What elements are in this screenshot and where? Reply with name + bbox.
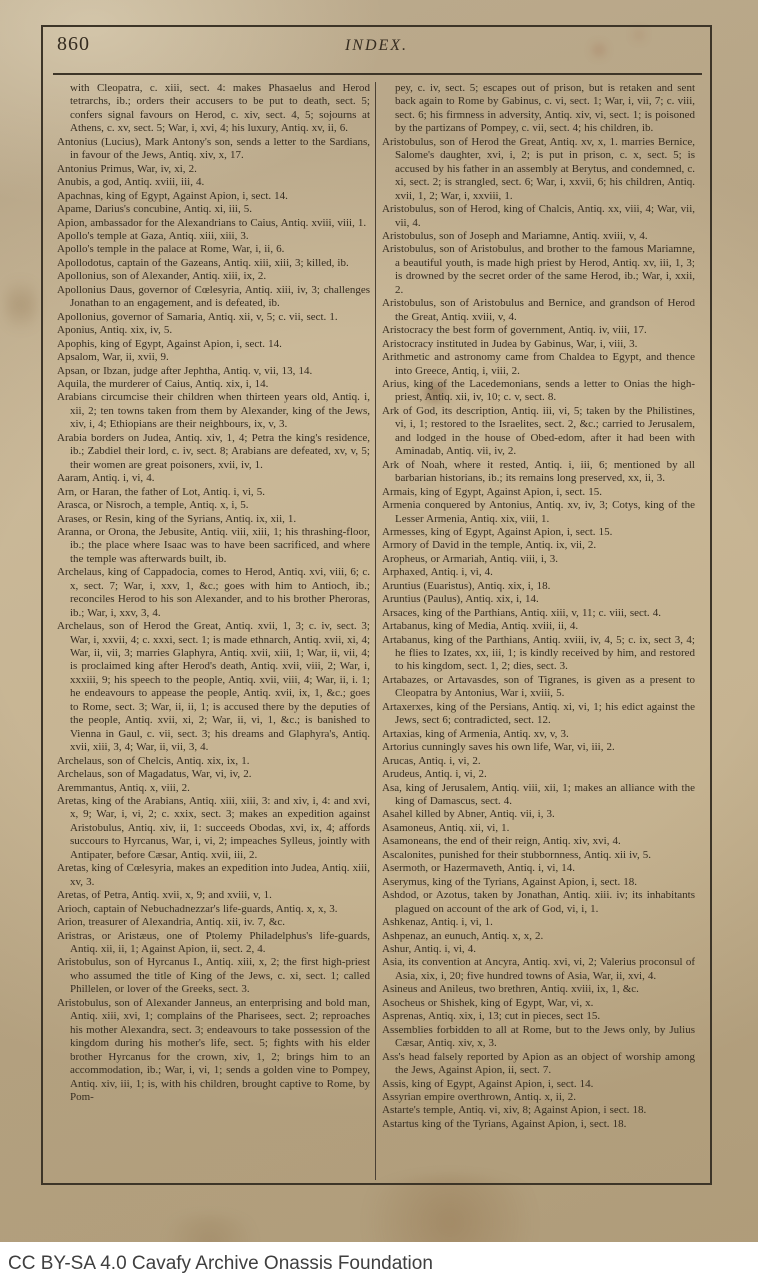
- index-entry: Asocheus or Shishek, king of Egypt, War,…: [382, 997, 695, 1010]
- index-entry: Arphaxed, Antiq. i, vi, 4.: [382, 566, 695, 579]
- index-entry: Archelaus, son of Chelcis, Antiq. xix, i…: [57, 755, 370, 768]
- index-entry: Arion, treasurer of Alexandria, Antiq. x…: [57, 916, 370, 929]
- index-entry: Aropheus, or Armariah, Antiq. viii, i, 3…: [382, 553, 695, 566]
- index-entry: Artaxerxes, king of the Persians, Antiq.…: [382, 701, 695, 728]
- index-entry: Aretas, of Petra, Antiq. xvii, x, 9; and…: [57, 889, 370, 902]
- index-entry: Aruntius (Euaristus), Antiq. xix, i, 18.: [382, 580, 695, 593]
- index-entry: Ark of Noah, where it rested, Antiq. i, …: [382, 459, 695, 486]
- index-entry: Artaxias, king of Armenia, Antiq. xv, v,…: [382, 728, 695, 741]
- index-entry: Aristobulus, son of Aristobulus and Bern…: [382, 297, 695, 324]
- index-column-left: with Cleopatra, c. xiii, sect. 4: makes …: [57, 82, 370, 1180]
- index-column-right: pey, c. iv, sect. 5; escapes out of pris…: [382, 82, 695, 1180]
- index-entry: Astartus king of the Tyrians, Against Ap…: [382, 1118, 695, 1131]
- index-entry: Asamoneans, the end of their reign, Anti…: [382, 835, 695, 848]
- index-entry: Aruntius (Paulus), Antiq. xix, i, 14.: [382, 593, 695, 606]
- index-entry: Ashdod, or Azotus, taken by Jonathan, An…: [382, 889, 695, 916]
- index-entry: Aremmantus, Antiq. x, viii, 2.: [57, 782, 370, 795]
- index-entry: Arsaces, king of the Parthians, Antiq. x…: [382, 607, 695, 620]
- index-entry: Artabanus, king of Media, Antiq. xviii, …: [382, 620, 695, 633]
- index-entry: Ashpenaz, an eunuch, Antiq. x, x, 2.: [382, 930, 695, 943]
- index-entry: Ashkenaz, Antiq. i, vi, 1.: [382, 916, 695, 929]
- index-entry: Aristobulus, son of Herod the Great, Ant…: [382, 136, 695, 203]
- index-entry: Aponius, Antiq. xix, iv, 5.: [57, 324, 370, 337]
- index-entry: Arases, or Resin, king of the Syrians, A…: [57, 513, 370, 526]
- index-entry: Arudeus, Antiq. i, vi, 2.: [382, 768, 695, 781]
- index-entry: Apollo's temple at Gaza, Antiq. xiii, xi…: [57, 230, 370, 243]
- index-entry: Armesses, king of Egypt, Against Apion, …: [382, 526, 695, 539]
- index-entry: Apollodotus, captain of the Gazeans, Ant…: [57, 257, 370, 270]
- index-entry: Arucas, Antiq. i, vi, 2.: [382, 755, 695, 768]
- index-entry: Arithmetic and astronomy came from Chald…: [382, 351, 695, 378]
- index-entry: Armais, king of Egypt, Against Apion, i,…: [382, 486, 695, 499]
- index-entry: Antonius (Lucius), Mark Antony's son, se…: [57, 136, 370, 163]
- paper-stain: [4, 270, 38, 340]
- index-entry: Apollonius, governor of Samaria, Antiq. …: [57, 311, 370, 324]
- index-entry: Archelaus, son of Magadatus, War, vi, iv…: [57, 768, 370, 781]
- index-entry: Armenia conquered by Antonius, Antiq. xv…: [382, 499, 695, 526]
- index-entry: Asprenas, Antiq. xix, i, 13; cut in piec…: [382, 1010, 695, 1023]
- index-entry: Asamoneus, Antiq. xii, vi, 1.: [382, 822, 695, 835]
- index-entry: Aristocracy instituted in Judea by Gabin…: [382, 338, 695, 351]
- index-entry: Arn, or Haran, the father of Lot, Antiq.…: [57, 486, 370, 499]
- page-title: INDEX.: [43, 37, 710, 55]
- index-entry: Aristobulus, son of Alexander Janneus, a…: [57, 997, 370, 1105]
- index-entry: Assis, king of Egypt, Against Apion, i, …: [382, 1078, 695, 1091]
- index-entry: Astarte's temple, Antiq. vi, xiv, 8; Aga…: [382, 1104, 695, 1117]
- index-entry: Ark of God, its description, Antiq. iii,…: [382, 405, 695, 459]
- index-entry: Anubis, a god, Antiq. xviii, iii, 4.: [57, 176, 370, 189]
- index-entry: Aretas, king of Cœlesyria, makes an expe…: [57, 862, 370, 889]
- page-frame: 860 INDEX. with Cleopatra, c. xiii, sect…: [41, 25, 712, 1185]
- index-entry: Arasca, or Nisroch, a temple, Antiq. x, …: [57, 499, 370, 512]
- index-entry: Ass's head falsely reported by Apion as …: [382, 1051, 695, 1078]
- index-entry: Aaram, Antiq. i, vi, 4.: [57, 472, 370, 485]
- index-entry: Asahel killed by Abner, Antiq. vii, i, 3…: [382, 808, 695, 821]
- index-entry: Aristobulus, son of Joseph and Mariamne,…: [382, 230, 695, 243]
- index-columns: with Cleopatra, c. xiii, sect. 4: makes …: [43, 82, 710, 1180]
- license-bar: CC BY-SA 4.0 Cavafy Archive Onassis Foun…: [0, 1242, 758, 1285]
- index-entry: Apion, ambassador for the Alexandrians t…: [57, 217, 370, 230]
- index-entry: Antonius Primus, War, iv, xi, 2.: [57, 163, 370, 176]
- index-entry: Apollonius, son of Alexander, Antiq. xii…: [57, 270, 370, 283]
- column-divider: [375, 82, 376, 1180]
- index-entry: Asa, king of Jerusalem, Antiq. viii, xii…: [382, 782, 695, 809]
- index-entry: Arabians circumcise their children when …: [57, 391, 370, 431]
- index-entry: Artabanus, king of the Parthians, Antiq.…: [382, 634, 695, 674]
- index-entry: Archelaus, son of Herod the Great, Antiq…: [57, 620, 370, 755]
- index-entry: Apsalom, War, ii, xvii, 9.: [57, 351, 370, 364]
- index-entry: Aretas, king of the Arabians, Antiq. xii…: [57, 795, 370, 862]
- index-entry: Archelaus, king of Cappadocia, comes to …: [57, 566, 370, 620]
- index-entry: Aserymus, king of the Tyrians, Against A…: [382, 876, 695, 889]
- index-entry: Aristocracy the best form of government,…: [382, 324, 695, 337]
- index-entry: Assemblies forbidden to all at Rome, but…: [382, 1024, 695, 1051]
- index-entry: Apollonius Daus, governor of Cœlesyria, …: [57, 284, 370, 311]
- license-text: CC BY-SA 4.0 Cavafy Archive Onassis Foun…: [0, 1253, 433, 1275]
- index-entry: Aranna, or Orona, the Jebusite, Antiq. v…: [57, 526, 370, 566]
- index-entry: Arabia borders on Judea, Antiq. xiv, 1, …: [57, 432, 370, 472]
- index-entry: Asineus and Anileus, two brethren, Antiq…: [382, 983, 695, 996]
- index-entry: Arioch, captain of Nebuchadnezzar's life…: [57, 903, 370, 916]
- index-entry: Asermoth, or Hazermaveth, Antiq. i, vi, …: [382, 862, 695, 875]
- index-entry: Apophis, king of Egypt, Against Apion, i…: [57, 338, 370, 351]
- index-entry: Apame, Darius's concubine, Antiq. xi, ii…: [57, 203, 370, 216]
- index-entry: Apsan, or Ibzan, judge after Jephtha, An…: [57, 365, 370, 378]
- index-entry: Ascalonites, punished for their stubborn…: [382, 849, 695, 862]
- index-entry: Assyrian empire overthrown, Antiq. x, ii…: [382, 1091, 695, 1104]
- index-entry: Arius, king of the Lacedemonians, sends …: [382, 378, 695, 405]
- index-entry: Aristobulus, son of Hyrcanus I., Antiq. …: [57, 956, 370, 996]
- header-rule: [53, 73, 702, 75]
- book-page-scan: 860 INDEX. with Cleopatra, c. xiii, sect…: [0, 0, 758, 1285]
- index-entry: Artorius cunningly saves his own life, W…: [382, 741, 695, 754]
- index-entry: Aristras, or Aristæus, one of Ptolemy Ph…: [57, 930, 370, 957]
- index-entry: Aquila, the murderer of Caius, Antiq. xi…: [57, 378, 370, 391]
- index-entry: Aristobulus, son of Aristobulus, and bro…: [382, 243, 695, 297]
- index-entry: Asia, its convention at Ancyra, Antiq. x…: [382, 956, 695, 983]
- index-entry: Aristobulus, son of Herod, king of Chalc…: [382, 203, 695, 230]
- index-entry: Apollo's temple in the palace at Rome, W…: [57, 243, 370, 256]
- index-entry: Apachnas, king of Egypt, Against Apion, …: [57, 190, 370, 203]
- index-entry: with Cleopatra, c. xiii, sect. 4: makes …: [57, 82, 370, 136]
- page-header: 860 INDEX.: [43, 27, 710, 67]
- index-entry: Ashur, Antiq. i, vi, 4.: [382, 943, 695, 956]
- index-entry: pey, c. iv, sect. 5; escapes out of pris…: [382, 82, 695, 136]
- index-entry: Armory of David in the temple, Antiq. ix…: [382, 539, 695, 552]
- index-entry: Artabazes, or Artavasdes, son of Tigrane…: [382, 674, 695, 701]
